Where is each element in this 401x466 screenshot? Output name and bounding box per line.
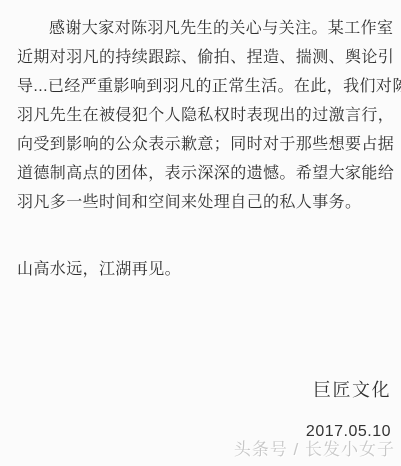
statement-line: 近期对羽凡的持续跟踪、偷拍、捏造、揣测、舆论引 bbox=[17, 43, 379, 72]
signature: 巨匠文化 bbox=[17, 376, 391, 405]
statement-line: 感谢大家对陈羽凡先生的关心与关注。某工作室 bbox=[17, 14, 379, 43]
statement-line: 道德制高点的团体，表示深深的遗憾。希望大家能给 bbox=[17, 159, 379, 188]
closing-line: 山高水远，江湖再见。 bbox=[17, 255, 379, 284]
toutiao-watermark: 头条号 / 长发小女子 bbox=[234, 435, 395, 460]
signature-block: 巨匠文化 2017.05.10 bbox=[17, 376, 391, 444]
statement-paragraph: 感谢大家对陈羽凡先生的关心与关注。某工作室近期对羽凡的持续跟踪、偷拍、捏造、揣测… bbox=[17, 14, 379, 217]
statement-line: 羽凡多一些时间和空间来处理自己的私人事务。 bbox=[17, 188, 379, 217]
statement-page: 感谢大家对陈羽凡先生的关心与关注。某工作室近期对羽凡的持续跟踪、偷拍、捏造、揣测… bbox=[0, 0, 401, 466]
statement-line: 向受到影响的公众表示歉意；同时对于那些想要占据 bbox=[17, 130, 379, 159]
statement-line: 羽凡先生在被侵犯个人隐私权时表现出的过激言行， bbox=[17, 101, 379, 130]
statement-line: 导...已经严重影响到羽凡的正常生活。在此，我们对陈 bbox=[17, 72, 379, 101]
